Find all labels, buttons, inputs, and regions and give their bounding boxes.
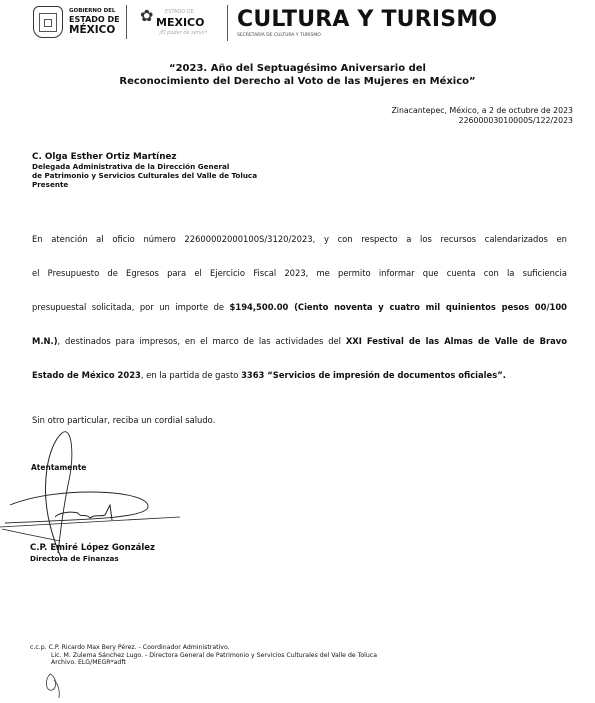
- place-date: Zinacantepec, México, a 2 de octubre de …: [391, 106, 573, 116]
- handwritten-initials: [40, 670, 70, 700]
- ccp-line-3: Archivo. ELG/MEGR*adft: [30, 659, 377, 667]
- gobierno-estado-logo: GOBIERNO DEL ESTADO DE MÉXICO: [69, 9, 120, 35]
- gobierno-line2: ESTADO DE: [69, 16, 120, 24]
- header-divider: [126, 5, 127, 39]
- recipient-presente: Presente: [32, 181, 257, 190]
- handwritten-signature: [0, 425, 240, 560]
- body-text: , destinados para impresos, en el marco …: [58, 336, 346, 346]
- body-line-2: el Presupuesto de Egresos para el Ejerci…: [32, 268, 567, 278]
- recipient-block: C. Olga Esther Ortiz Martínez Delegada A…: [32, 152, 257, 189]
- folio-number: 22600003010000S/122/2023: [391, 116, 573, 126]
- body-line-4: M.N.), destinados para impresos, en el m…: [32, 336, 567, 346]
- gobierno-line1: GOBIERNO DEL: [69, 9, 120, 15]
- budget-line: 3363 “Servicios de impresión de document…: [241, 370, 506, 380]
- ccp-line-1: c.c.p. C.P. Ricardo Max Bery Pérez. - Co…: [30, 644, 377, 652]
- body-line-5: Estado de México 2023, en la partida de …: [32, 370, 567, 380]
- slogan-line-1: “2023. Año del Septuagésimo Aniversario …: [0, 62, 595, 75]
- body-line-3: presupuestal solicitada, por un importe …: [32, 302, 567, 312]
- body-text: , en la partida de gasto: [141, 370, 241, 380]
- amount-text-end: M.N.): [32, 336, 58, 346]
- mexico-logo-text: MEXICO: [156, 16, 204, 29]
- body-text: presupuestal solicitada, por un importe …: [32, 302, 230, 312]
- secretaria-subtitle: SECRETARÍA DE CULTURA Y TURISMO: [237, 33, 321, 38]
- ccp-block: c.c.p. C.P. Ricardo Max Bery Pérez. - Co…: [30, 644, 377, 667]
- secretaria-title: CULTURA Y TURISMO: [237, 9, 497, 31]
- amount-text: $194,500.00 (Ciento noventa y cuatro mil…: [230, 302, 567, 312]
- signer-name: C.P. Emiré López González: [30, 543, 155, 553]
- slogan-line-2: Reconocimiento del Derecho al Voto de la…: [0, 75, 595, 88]
- gobierno-line3: MÉXICO: [69, 25, 120, 36]
- mexico-logo-small: ESTADO DE: [165, 9, 194, 15]
- header-divider-2: [227, 5, 228, 41]
- ccp-line-2: Lic. M. Zulema Sánchez Lugo. - Directora…: [30, 652, 377, 660]
- festival-name: XXI Festival de las Almas de Valle de Br…: [346, 336, 567, 346]
- body-line-1: En atención al oficio número 22600002000…: [32, 234, 567, 244]
- year-slogan: “2023. Año del Septuagésimo Aniversario …: [0, 62, 595, 88]
- mexico-logo-slogan: ¡El poder de servir!: [159, 30, 207, 36]
- place-date-block: Zinacantepec, México, a 2 de octubre de …: [391, 106, 573, 126]
- state-coat-of-arms-icon: [33, 6, 63, 38]
- festival-name-end: Estado de México 2023: [32, 370, 141, 380]
- closing-text: Sin otro particular, reciba un cordial s…: [32, 415, 215, 425]
- atentamente-label: Atentamente: [31, 463, 86, 472]
- signer-role: Directora de Finanzas: [30, 554, 119, 563]
